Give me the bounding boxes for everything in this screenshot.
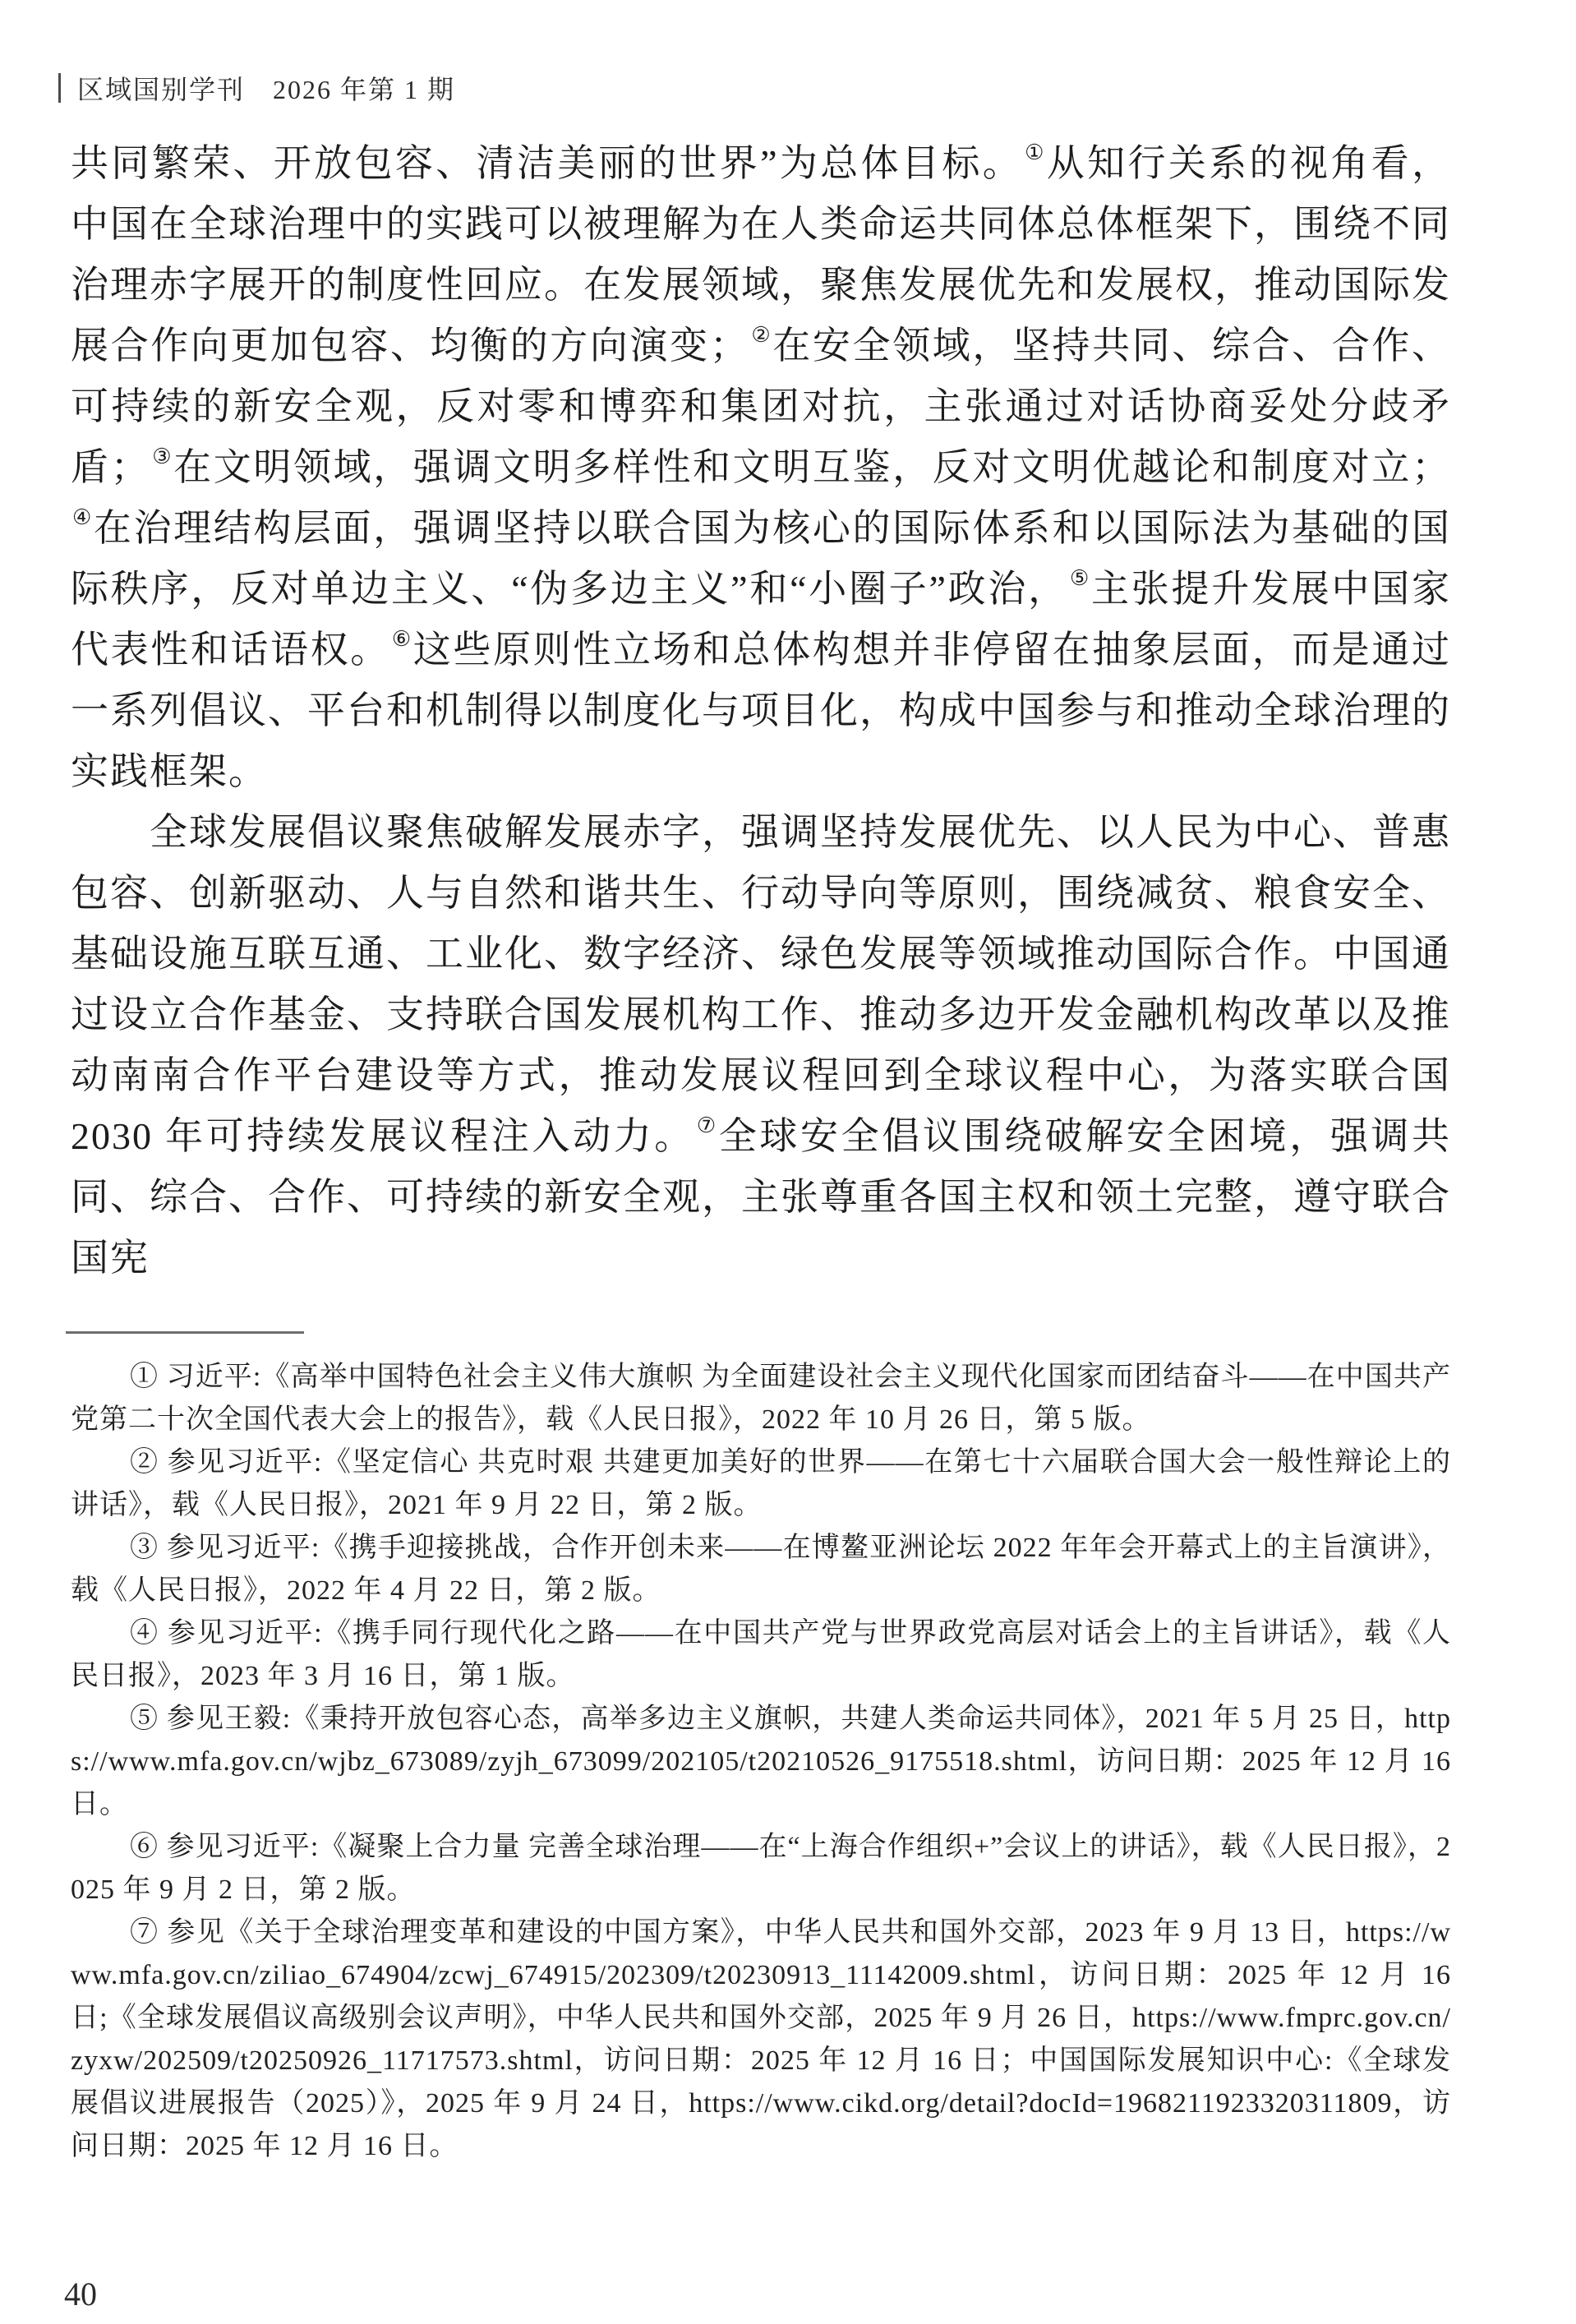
article-body: 共同繁荣、开放包容、清洁美丽的世界”为总体目标。①从知行关系的视角看，中国在全球…	[71, 133, 1451, 1289]
footnote-separator	[66, 1331, 304, 1334]
footnote-item-1: ① 习近平:《高举中国特色社会主义伟大旗帜 为全面建设社会主义现代化国家而团结奋…	[71, 1356, 1451, 1441]
body-paragraph-1: 共同繁荣、开放包容、清洁美丽的世界”为总体目标。①从知行关系的视角看，中国在全球…	[71, 133, 1451, 802]
footnote-item-4: ④ 参见习近平:《携手同行现代化之路——在中国共产党与世界政党高层对话会上的主旨…	[71, 1612, 1451, 1698]
footnote-item-5: ⑤ 参见王毅:《秉持开放包容心态，高举多边主义旗帜，共建人类命运共同体》，202…	[71, 1698, 1451, 1826]
journal-title: 区域国别学刊	[77, 69, 245, 107]
issue-label: 2026 年第 1 期	[273, 69, 455, 107]
footnotes-block: ① 习近平:《高举中国特色社会主义伟大旗帜 为全面建设社会主义现代化国家而团结奋…	[71, 1356, 1451, 2168]
header-rule-bar	[58, 73, 61, 103]
footnote-item-6: ⑥ 参见习近平:《凝聚上合力量 完善全球治理——在“上海合作组织+”会议上的讲话…	[71, 1826, 1451, 1911]
footnote-item-7: ⑦ 参见《关于全球治理变革和建设的中国方案》，中华人民共和国外交部，2023 年…	[71, 1911, 1451, 2168]
body-paragraph-2: 全球发展倡议聚焦破解发展赤字，强调坚持发展优先、以人民为中心、普惠包容、创新驱动…	[71, 802, 1451, 1289]
running-head: 区域国别学刊 2026 年第 1 期	[58, 69, 455, 107]
footnote-item-3: ③ 参见习近平:《携手迎接挑战，合作开创未来——在博鳌亚洲论坛 2022 年年会…	[71, 1527, 1451, 1612]
journal-page: 区域国别学刊 2026 年第 1 期 共同繁荣、开放包容、清洁美丽的世界”为总体…	[0, 0, 1576, 2324]
page-number: 40	[64, 2275, 97, 2313]
footnote-item-2: ② 参见习近平:《坚定信心 共克时艰 共建更加美好的世界——在第七十六届联合国大…	[71, 1441, 1451, 1527]
